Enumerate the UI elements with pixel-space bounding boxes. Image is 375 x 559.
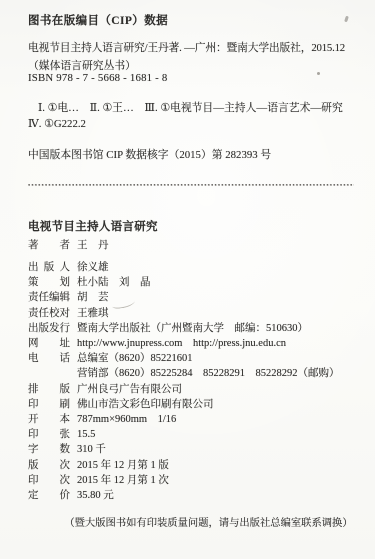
scan-speck-icon [344, 16, 349, 23]
colophon-row-value: 王雅琪 [77, 308, 109, 319]
copyright-page: 图书在版编目（CIP）数据 电视节目主持人语言研究/王丹著. —广州：暨南大学出… [0, 0, 375, 559]
colophon-row-value: 35.80 元 [77, 490, 114, 501]
colophon-row: 责任校对王雅琪 [28, 306, 340, 321]
scan-speck-icon [317, 72, 320, 75]
colophon-row-label: 排版 [28, 382, 70, 397]
colophon-row-label: 版次 [28, 458, 70, 473]
colophon-row-value: 787mm×960mm 1/16 [77, 414, 176, 425]
colophon-row-label: 印张 [28, 427, 70, 442]
colophon-row: 字数310 千 [28, 442, 340, 457]
colophon-row-value: 2015 年 12 月第 1 版 [77, 460, 169, 471]
colophon-row: 电话总编室（8620）85221601营销部（8620）85225284 852… [28, 351, 340, 381]
colophon-row: 责任编辑胡 芸 [28, 290, 340, 305]
author-row: 著者王 丹 [28, 237, 109, 252]
colophon-row: 印张15.5 [28, 427, 340, 442]
isbn: ISBN 978 - 7 - 5668 - 1681 - 8 [28, 72, 167, 84]
colophon-row: 排版广州良弓广告有限公司 [28, 382, 340, 397]
colophon-row-label: 印次 [28, 473, 70, 488]
colophon-rows: 出版人徐义雄策划杜小陆 刘 晶责任编辑胡 芸责任校对王雅琪出版发行暨南大学出版社… [28, 260, 340, 503]
colophon-row-value: 总编室（8620）85221601 [77, 353, 193, 364]
colophon-row-label: 策划 [28, 275, 70, 290]
colophon-row-value-line2: 营销部（8620）85225284 85228291 85228292（邮购） [77, 366, 340, 381]
colophon-row: 出版人徐义雄 [28, 260, 340, 275]
colophon-row-value: 杜小陆 刘 晶 [77, 277, 151, 288]
colophon-row-label: 网址 [28, 336, 70, 351]
cip-record-number: 中国版本图书馆 CIP 数据核字（2015）第 282393 号 [28, 147, 271, 162]
colophon-row: 出版发行暨南大学出版社（广州暨南大学 邮编：510630） [28, 321, 340, 336]
classification-line-2: Ⅳ. ①G222.2 [28, 117, 86, 130]
colophon-row: 网址http://www.jnupress.com http://press.j… [28, 336, 340, 351]
colophon-row-label: 开本 [28, 412, 70, 427]
colophon-row: 策划杜小陆 刘 晶 [28, 275, 340, 290]
colophon-row: 印刷佛山市浩文彩色印刷有限公司 [28, 397, 340, 412]
colophon-row-value: 2015 年 12 月第 1 次 [77, 475, 169, 486]
colophon-row: 定价35.80 元 [28, 488, 340, 503]
colophon-row-label: 印刷 [28, 397, 70, 412]
footer-note: （暨大版图书如有印装质量问题，请与出版社总编室联系调换） [0, 514, 375, 529]
colophon-row-label: 责任校对 [28, 306, 70, 321]
author-label: 著者 [28, 237, 70, 252]
dotted-divider [28, 184, 354, 186]
colophon-row-value: http://www.jnupress.com http://press.jnu… [77, 338, 286, 349]
colophon-row-value: 广州良弓广告有限公司 [77, 384, 182, 395]
colophon-row-value: 胡 芸 [77, 292, 109, 303]
author-value: 王 丹 [77, 240, 109, 251]
colophon-row-value: 暨南大学出版社（广州暨南大学 邮编：510630） [77, 323, 308, 334]
colophon-row: 印次2015 年 12 月第 1 次 [28, 473, 340, 488]
colophon-row-label: 责任编辑 [28, 290, 70, 305]
colophon-row-label: 出版发行 [28, 321, 70, 336]
colophon-row-label: 电话 [28, 351, 70, 366]
colophon-row-value: 310 千 [77, 444, 106, 455]
book-title: 电视节目主持人语言研究 [28, 218, 158, 234]
colophon-row-label: 字数 [28, 442, 70, 457]
colophon-row-label: 定价 [28, 488, 70, 503]
colophon-row-label: 出版人 [28, 260, 70, 275]
cip-description: 电视节目主持人语言研究/王丹著. —广州：暨南大学出版社，2015.12 [28, 40, 345, 55]
cip-header: 图书在版编目（CIP）数据 [28, 12, 168, 28]
colophon-row-value: 佛山市浩文彩色印刷有限公司 [77, 399, 214, 410]
colophon-row-value: 徐义雄 [77, 262, 109, 273]
series-note: （媒体语言研究丛书） [28, 58, 136, 73]
colophon-row: 版次2015 年 12 月第 1 版 [28, 458, 340, 473]
colophon-row-value: 15.5 [77, 429, 95, 440]
classification-line-1: Ⅰ. ①电… Ⅱ. ①王… Ⅲ. ①电视节目—主持人—语言艺术—研究 [38, 100, 343, 115]
colophon-row: 开本787mm×960mm 1/16 [28, 412, 340, 427]
